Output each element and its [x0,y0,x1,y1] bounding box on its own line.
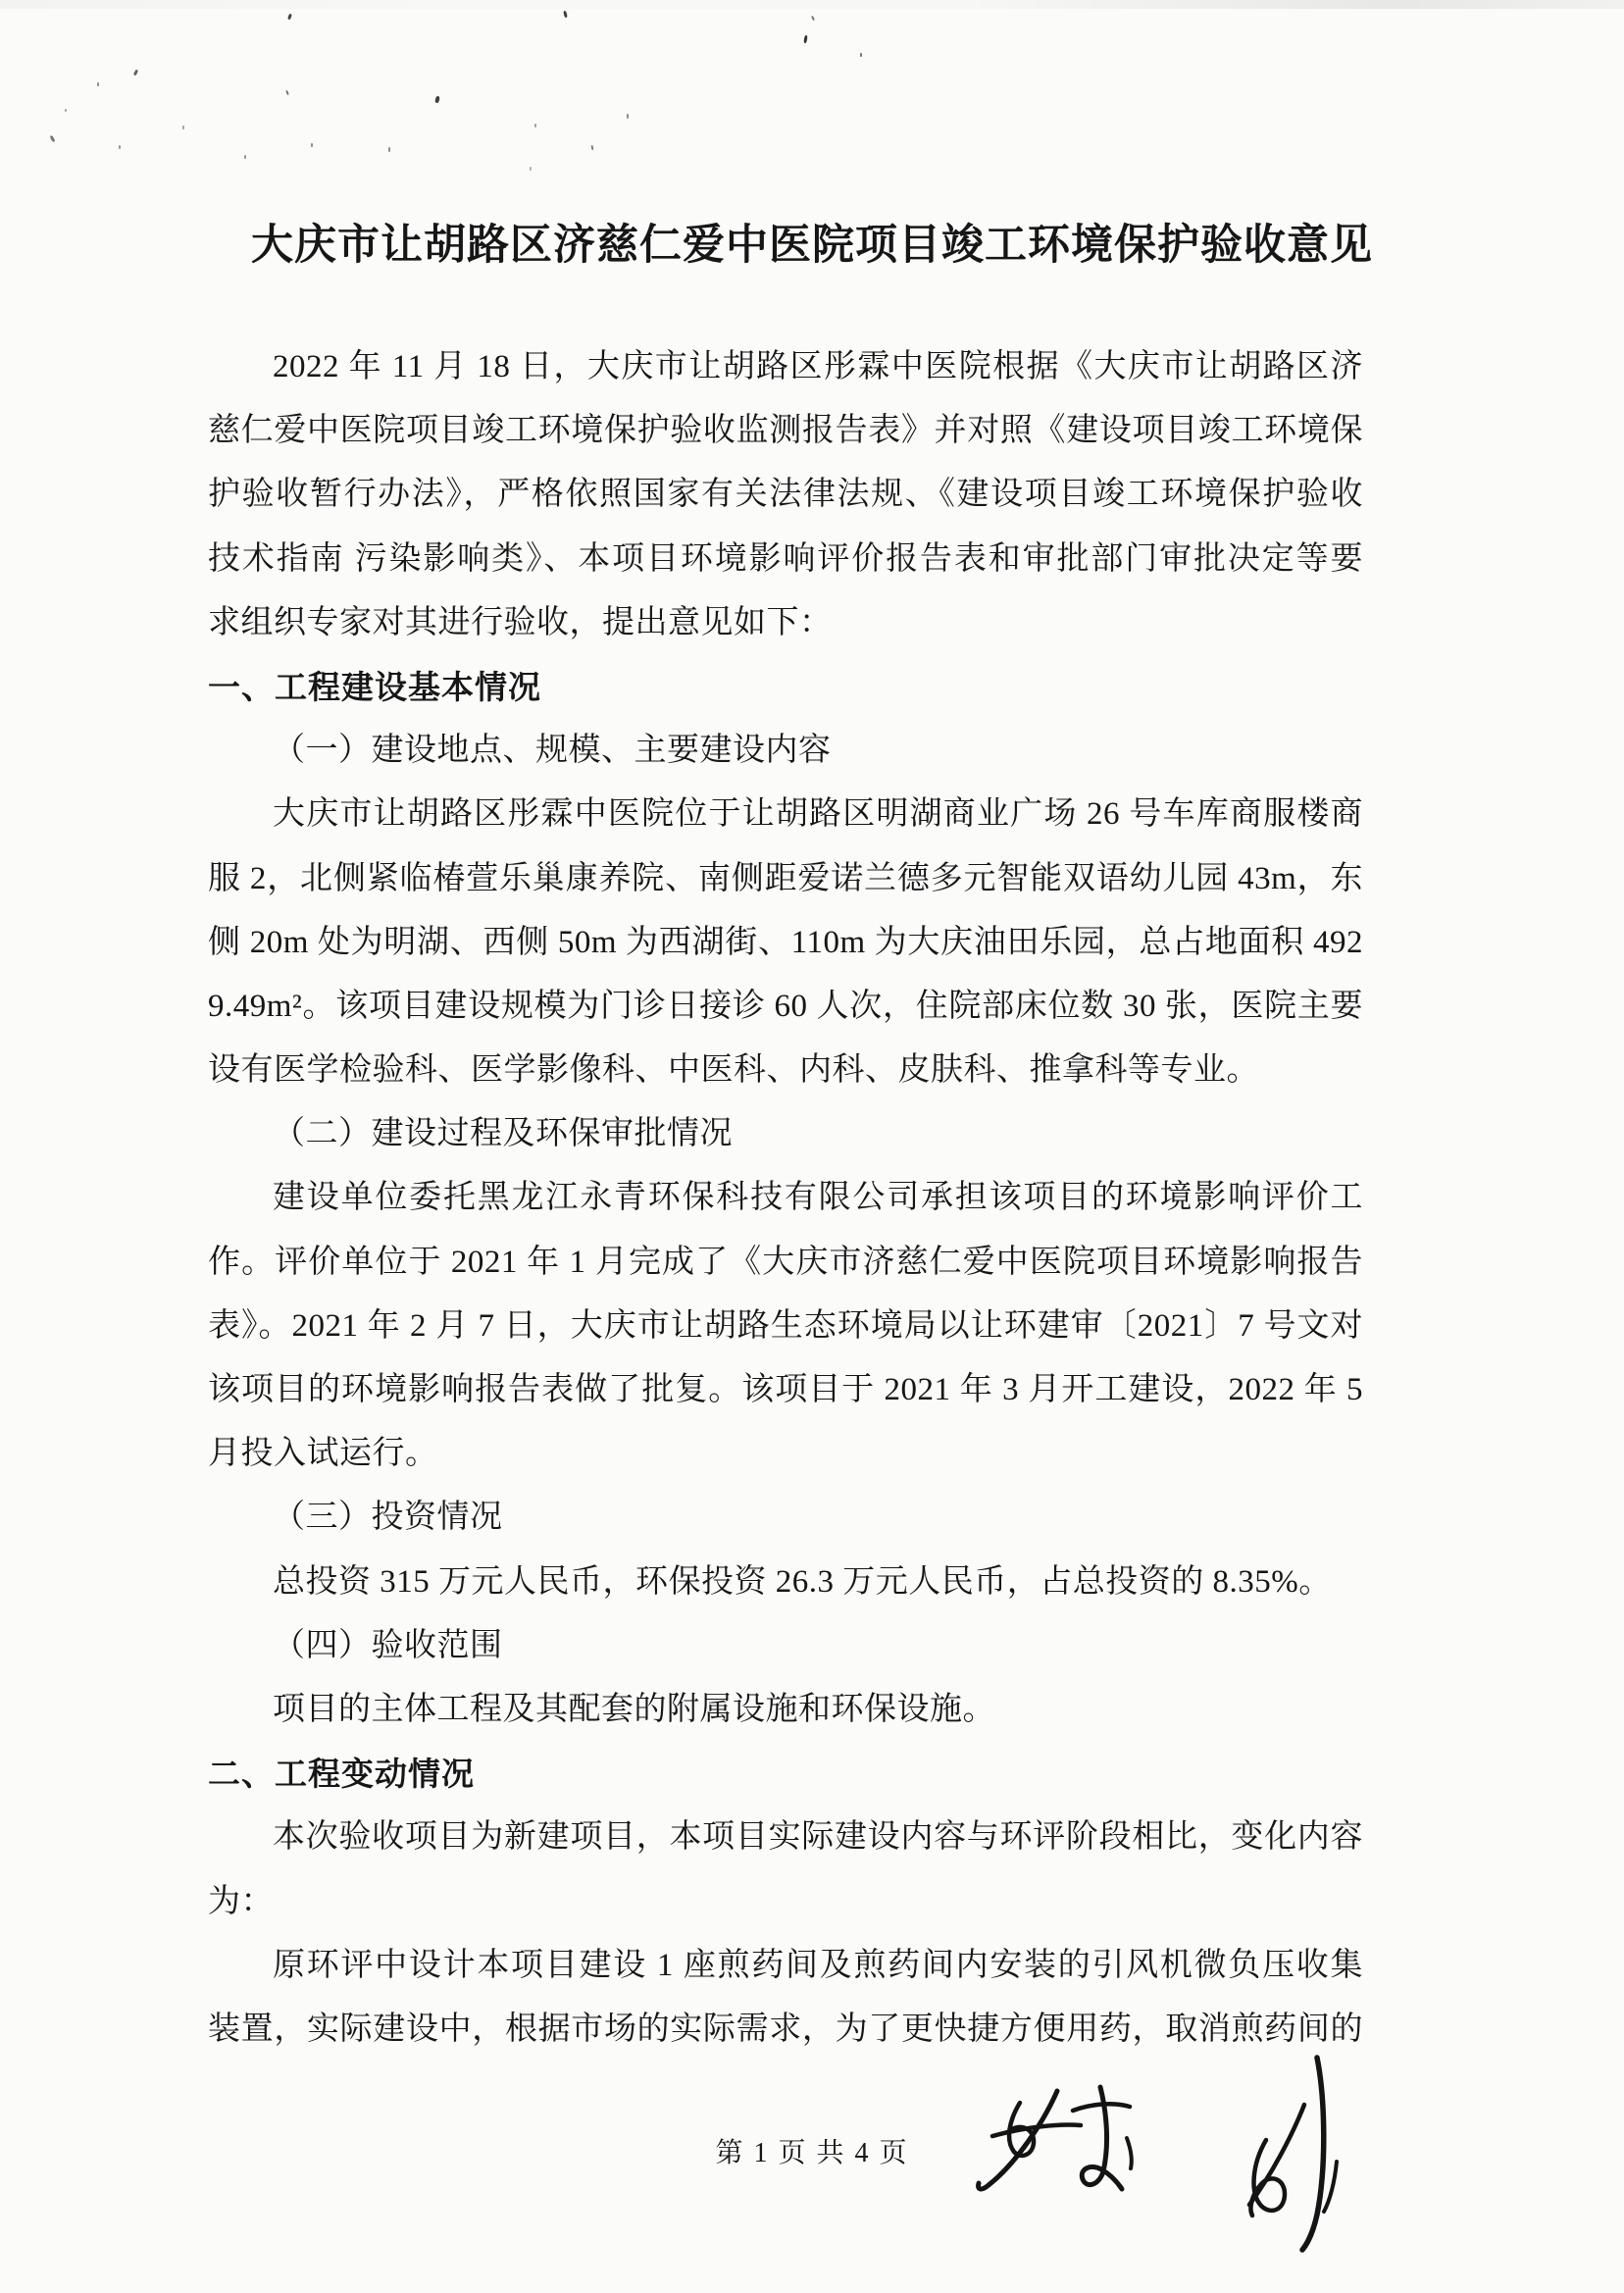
document-body: 2022 年 11 月 18 日，大庆市让胡路区彤霖中医院根据《大庆市让胡路区济… [208,335,1363,2062]
handwritten-signature-left [963,2081,1144,2209]
body-line: 项目的主体工程及其配套的附属设施和环保设施。 [208,1678,1363,1742]
body-line: 求组织专家对其进行验收，提出意见如下： [208,591,1363,655]
body-line: 表》。2021 年 2 月 7 日，大庆市让胡路生态环境局以让环建审〔2021〕… [208,1295,1363,1358]
body-line: 作。评价单位于 2021 年 1 月完成了《大庆市济慈仁爱中医院项目环境影响报告 [208,1231,1363,1295]
body-line: 为： [208,1870,1363,1934]
page-number: 第 1 页 共 4 页 [0,2126,1624,2181]
document-title: 大庆市让胡路区济慈仁爱中医院项目竣工环境保护验收意见 [0,214,1624,279]
body-line: 侧 20m 处为明湖、西侧 50m 为西湖街、110m 为大庆油田乐园，总占地面… [208,911,1363,975]
body-line: 慈仁爱中医院项目竣工环境保护验收监测报告表》并对照《建设项目竣工环境保 [208,399,1363,463]
body-line: 该项目的环境影响报告表做了批复。该项目于 2021 年 3 月开工建设，2022… [208,1358,1363,1422]
body-line: 技术指南 污染影响类》、本项目环境影响评价报告表和审批部门审批决定等要 [208,528,1363,591]
body-line: 服 2，北侧紧临椿萱乐巢康养院、南侧距爱诺兰德多元智能双语幼儿园 43m，东 [208,847,1363,911]
body-line: 大庆市让胡路区彤霖中医院位于让胡路区明湖商业广场 26 号车库商服楼商 [208,783,1363,846]
body-line: 装置，实际建设中，根据市场的实际需求，为了更快捷方便用药，取消煎药间的 [208,1998,1363,2062]
body-line: 月投入试运行。 [208,1422,1363,1486]
body-line: 9.49m²。该项目建设规模为门诊日接诊 60 人次，住院部床位数 30 张，医… [208,975,1363,1039]
scanner-edge-shadow [0,0,1624,9]
body-line: 原环评中设计本项目建设 1 座煎药间及煎药间内安装的引风机微负压收集 [208,1934,1363,1998]
body-line: 护验收暂行办法》，严格依照国家有关法律法规、《建设项目竣工环境保护验收 [208,463,1363,527]
body-line: 建设单位委托黑龙江永青环保科技有限公司承担该项目的环境影响评价工 [208,1166,1363,1230]
body-line: 总投资 315 万元人民币，环保投资 26.3 万元人民币，占总投资的 8.35… [208,1551,1363,1614]
subsection-heading: （三）投资情况 [208,1486,1363,1550]
subsection-heading: （二）建设过程及环保审批情况 [208,1102,1363,1166]
section-heading-2: 二、工程变动情况 [208,1742,1363,1806]
scanned-document-page: 大庆市让胡路区济慈仁爱中医院项目竣工环境保护验收意见 2022 年 11 月 1… [0,0,1624,2293]
section-heading-1: 一、工程建设基本情况 [208,655,1363,719]
body-line: 本次验收项目为新建项目，本项目实际建设内容与环评阶段相比，变化内容 [208,1806,1363,1869]
subsection-heading: （四）验收范围 [208,1614,1363,1678]
body-line: 2022 年 11 月 18 日，大庆市让胡路区彤霖中医院根据《大庆市让胡路区济 [208,335,1363,399]
handwritten-signature-right [1222,2046,1374,2276]
body-line: 设有医学检验科、医学影像科、中医科、内科、皮肤科、推拿科等专业。 [208,1039,1363,1102]
subsection-heading: （一）建设地点、规模、主要建设内容 [208,719,1363,783]
